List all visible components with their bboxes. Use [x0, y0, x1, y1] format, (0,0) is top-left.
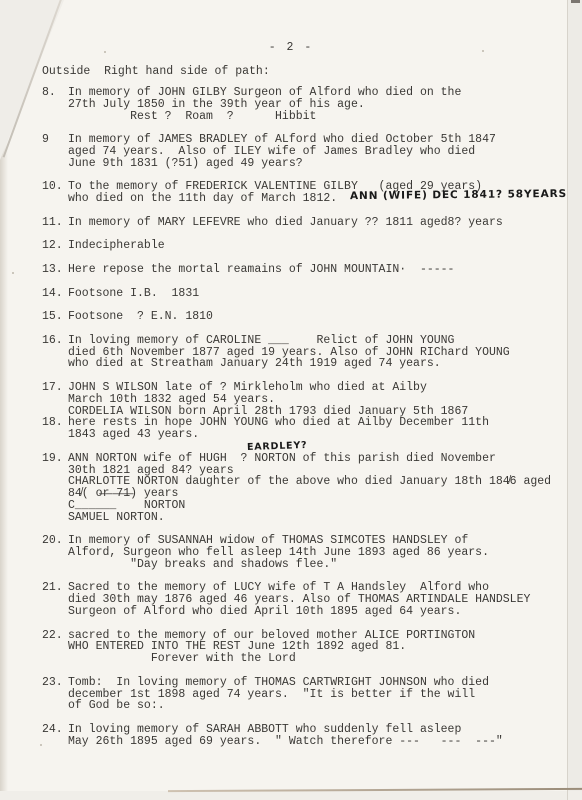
scan-speck — [12, 272, 14, 274]
entry-text: In memory of JOHN GILBY Surgeon of Alfor… — [68, 87, 461, 122]
entry-text: In memory of JAMES BRADLEY of ALford who… — [68, 134, 496, 169]
entry-line: March 10th 1832 aged 54 years. — [68, 394, 468, 406]
entry-text: In memory of MARY LEFEVRE who died Janua… — [68, 217, 503, 229]
entry-line: 27th July 1850 in the 39th year of his a… — [68, 99, 461, 111]
entry-line: Surgeon of Alford who died April 10th 18… — [68, 606, 530, 618]
memorial-entry: 9In memory of JAMES BRADLEY of ALford wh… — [42, 134, 574, 169]
entry-line: "Day breaks and shadows flee." — [68, 559, 489, 571]
entry-line: aged 74 years. Also of ILEY wife of Jame… — [68, 146, 496, 158]
entry-number: 24. — [42, 724, 68, 748]
entry-text: Tomb: In loving memory of THOMAS CARTWRI… — [68, 677, 489, 712]
entry-number: 20. — [42, 535, 68, 570]
memorial-entry: 16.In loving memory of CAROLINE ___ Reli… — [42, 335, 574, 370]
entry-line: In loving memory of CAROLINE ___ Relict … — [68, 335, 510, 347]
memorial-entry: 15.Footsone ? E.N. 1810 — [42, 311, 574, 323]
memorial-entry: 13.Here repose the mortal reamains of JO… — [42, 264, 574, 276]
entry-number: 12. — [42, 240, 68, 252]
entry-line: May 26th 1895 aged 69 years. " Watch the… — [68, 736, 503, 748]
entry-number: 16. — [42, 335, 68, 370]
entry-number: 13. — [42, 264, 68, 276]
entry-line: Footsone ? E.N. 1810 — [68, 311, 213, 323]
entry-line: 1843 aged 43 years. — [68, 429, 489, 441]
memorial-entry: 19.ANN NORTON wife of HUGH ? NORTON of t… — [42, 453, 574, 524]
entry-line: C______ NORTON — [68, 500, 551, 512]
entry-line: Footsone I.B. 1831 — [68, 288, 199, 300]
entry-number: 9 — [42, 134, 68, 169]
memorial-entry: 24.In loving memory of SARAH ABBOTT who … — [42, 724, 574, 748]
entry-number: 10. — [42, 181, 68, 205]
entry-number: 17. — [42, 382, 68, 417]
entry-line: of God be so:. — [68, 700, 489, 712]
entry-line: Here repose the mortal reamains of JOHN … — [68, 264, 454, 276]
entry-text: In loving memory of SARAH ABBOTT who sud… — [68, 724, 503, 748]
entry-text: ANN NORTON wife of HUGH ? NORTON of this… — [68, 453, 551, 524]
entry-line: Forever with the Lord — [68, 653, 475, 665]
handwritten-note-gilby-note: ANN (WIFE) DEC 1841? 58YEARS — [350, 189, 567, 203]
entry-text: JOHN S WILSON late of ? Mirkleholm who d… — [68, 382, 468, 417]
entry-text: sacred to the memory of our beloved moth… — [68, 630, 475, 665]
entry-line: JOHN S WILSON late of ? Mirkleholm who d… — [68, 382, 468, 394]
entry-number: 22. — [42, 630, 68, 665]
entry-text: In memory of SUSANNAH widow of THOMAS SI… — [68, 535, 489, 570]
entry-number: 14. — [42, 288, 68, 300]
entry-text: Sacred to the memory of LUCY wife of T A… — [68, 582, 530, 617]
entry-line: ANN NORTON wife of HUGH ? NORTON of this… — [68, 453, 551, 465]
memorial-entry: 8.In memory of JOHN GILBY Surgeon of Alf… — [42, 87, 574, 122]
entry-line: In memory of MARY LEFEVRE who died Janua… — [68, 217, 503, 229]
entry-line: Indecipherable — [68, 240, 165, 252]
entry-text: Footsone ? E.N. 1810 — [68, 311, 213, 323]
entry-text: Indecipherable — [68, 240, 165, 252]
entry-number: 19. — [42, 453, 68, 524]
scanned-page: { "page_header": "- 2 -", "section_headi… — [0, 0, 582, 800]
memorial-entry: 12.Indecipherable — [42, 240, 574, 252]
entry-line: Rest ? Roam ? Hibbit — [68, 111, 461, 123]
entry-text: Footsone I.B. 1831 — [68, 288, 199, 300]
memorial-entry: 17.JOHN S WILSON late of ? Mirkleholm wh… — [42, 382, 574, 417]
entry-text: Here repose the mortal reamains of JOHN … — [68, 264, 454, 276]
memorial-entry: 14.Footsone I.B. 1831 — [42, 288, 574, 300]
entry-line: Tomb: In loving memory of THOMAS CARTWRI… — [68, 677, 489, 689]
section-heading: Outside Right hand side of path: — [42, 65, 270, 78]
entry-line: SAMUEL NORTON. — [68, 512, 551, 524]
entry-number: 21. — [42, 582, 68, 617]
memorial-entry: 22.sacred to the memory of our beloved m… — [42, 630, 574, 665]
memorial-entries: 8.In memory of JOHN GILBY Surgeon of Alf… — [42, 87, 574, 759]
entry-text: In loving memory of CAROLINE ___ Relict … — [68, 335, 510, 370]
entry-number: 11. — [42, 217, 68, 229]
corner-mark — [571, 0, 580, 3]
memorial-entry: 23.Tomb: In loving memory of THOMAS CART… — [42, 677, 574, 712]
entry-text: here rests in hope JOHN YOUNG who died a… — [68, 417, 489, 441]
entry-number: 8. — [42, 87, 68, 122]
memorial-entry: 18.here rests in hope JOHN YOUNG who die… — [42, 417, 574, 441]
entry-line: who died at Streatham January 24th 1919 … — [68, 358, 510, 370]
entry-number: 18. — [42, 417, 68, 441]
page-number: - 2 - — [0, 41, 582, 54]
memorial-entry: 20.In memory of SUSANNAH widow of THOMAS… — [42, 535, 574, 570]
memorial-entry: 11.In memory of MARY LEFEVRE who died Ja… — [42, 217, 574, 229]
memorial-entry: 21.Sacred to the memory of LUCY wife of … — [42, 582, 574, 617]
handwritten-note-eardley-note: EARDLEY? — [247, 440, 308, 454]
page-bottom-edge-band — [0, 791, 582, 800]
memorial-entry: 10.To the memory of FREDERICK VALENTINE … — [42, 181, 574, 205]
entry-line: June 9th 1831 (?51) aged 49 years? — [68, 158, 496, 170]
entry-number: 23. — [42, 677, 68, 712]
entry-number: 15. — [42, 311, 68, 323]
